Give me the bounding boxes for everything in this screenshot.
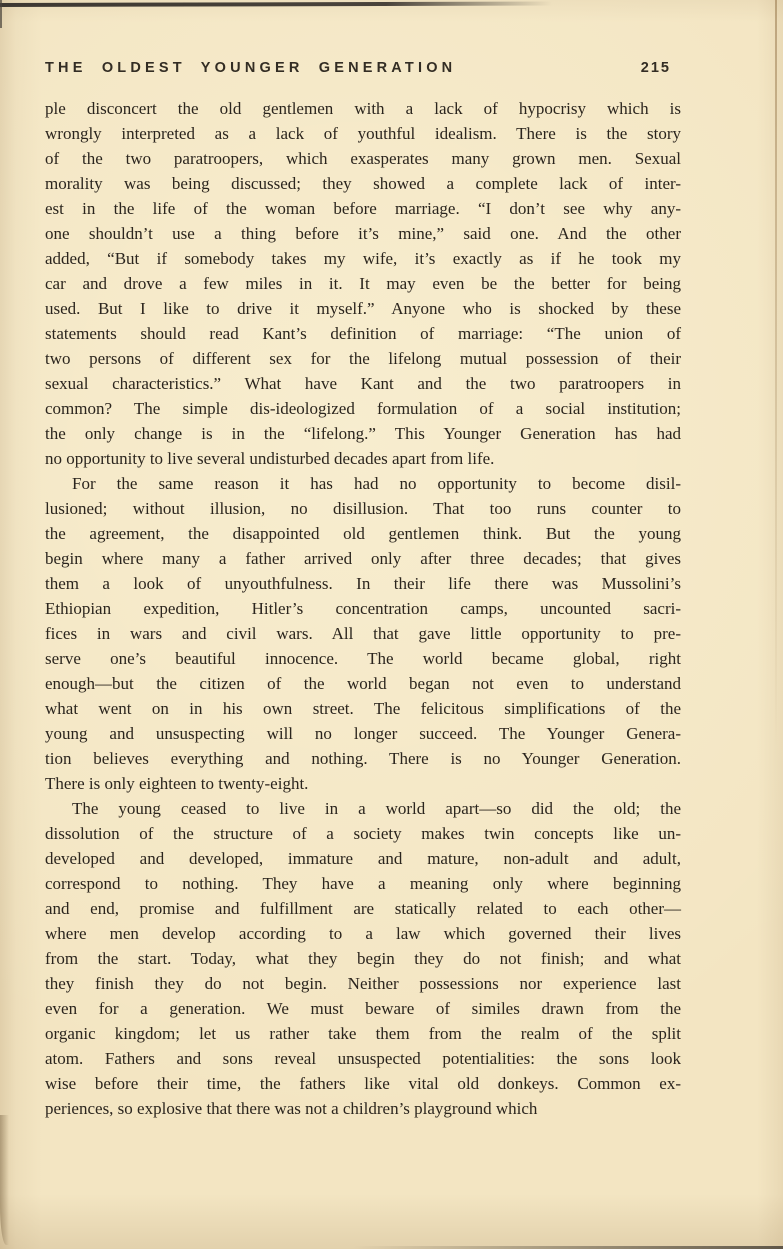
text-line: two persons of different sex for the lif…	[45, 346, 681, 371]
scan-left-edge-mark	[0, 0, 2, 28]
text-line: them a look of unyouthfulness. In their …	[45, 571, 681, 596]
page-curl-shadow	[0, 1115, 9, 1245]
text-line: There is only eighteen to twenty-eight.	[45, 771, 681, 796]
text-line: and end, promise and fulfillment are sta…	[45, 896, 681, 921]
text-line: For the same reason it has had no opport…	[45, 471, 681, 496]
text-line: the agreement, the disappointed old gent…	[45, 521, 681, 546]
text-line: Ethiopian expedition, Hitler’s concentra…	[45, 596, 681, 621]
text-line: enough—but the citizen of the world bega…	[45, 671, 681, 696]
text-line: dissolution of the structure of a societ…	[45, 821, 681, 846]
paragraph: For the same reason it has had no opport…	[45, 471, 681, 796]
text-line: developed and developed, immature and ma…	[45, 846, 681, 871]
page-number: 215	[641, 60, 671, 76]
scan-top-edge-mark	[0, 2, 552, 7]
text-line: begin where many a father arrived only a…	[45, 546, 681, 571]
text-line: organic kingdom; let us rather take them…	[45, 1021, 681, 1046]
text-line: statements should read Kant’s definition…	[45, 321, 681, 346]
paragraph: The young ceased to live in a world apar…	[45, 796, 681, 1121]
text-line: morality was being discussed; they showe…	[45, 171, 681, 196]
text-line: of the two paratroopers, which exasperat…	[45, 146, 681, 171]
text-line: even for a generation. We must beware of…	[45, 996, 681, 1021]
paragraph: ple disconcert the old gentlemen with a …	[45, 96, 681, 471]
chapter-title: THE OLDEST YOUNGER GENERATION	[45, 60, 456, 76]
text-line: one shouldn’t use a thing before it’s mi…	[45, 221, 681, 246]
text-line: no opportunity to live several undisturb…	[45, 446, 681, 471]
text-line: The young ceased to live in a world apar…	[45, 796, 681, 821]
text-line: the only change is in the “lifelong.” Th…	[45, 421, 681, 446]
text-line: what went on in his own street. The feli…	[45, 696, 681, 721]
text-line: fices in wars and civil wars. All that g…	[45, 621, 681, 646]
text-line: atom. Fathers and sons reveal unsuspecte…	[45, 1046, 681, 1071]
text-line: they finish they do not begin. Neither p…	[45, 971, 681, 996]
book-page-scan: THE OLDEST YOUNGER GENERATION 215 ple di…	[0, 0, 783, 1249]
text-line: serve one’s beautiful innocence. The wor…	[45, 646, 681, 671]
text-line: periences, so explosive that there was n…	[45, 1096, 681, 1121]
text-line: car and drove a few miles in it. It may …	[45, 271, 681, 296]
text-line: wise before their time, the fathers like…	[45, 1071, 681, 1096]
text-line: est in the life of the woman before marr…	[45, 196, 681, 221]
text-line: sexual characteristics.” What have Kant …	[45, 371, 681, 396]
text-line: tion believes everything and nothing. Th…	[45, 746, 681, 771]
page-edge-line	[775, 0, 777, 780]
text-line: lusioned; without illusion, no disillusi…	[45, 496, 681, 521]
text-line: used. But I like to drive it myself.” An…	[45, 296, 681, 321]
running-header: THE OLDEST YOUNGER GENERATION 215	[45, 60, 671, 76]
text-line: where men develop according to a law whi…	[45, 921, 681, 946]
text-line: common? The simple dis-ideologized formu…	[45, 396, 681, 421]
text-line: added, “But if somebody takes my wife, i…	[45, 246, 681, 271]
text-line: ple disconcert the old gentlemen with a …	[45, 96, 681, 121]
body-text: ple disconcert the old gentlemen with a …	[45, 96, 681, 1121]
text-line: wrongly interpreted as a lack of youthfu…	[45, 121, 681, 146]
text-line: young and unsuspecting will no longer su…	[45, 721, 681, 746]
text-line: from the start. Today, what they begin t…	[45, 946, 681, 971]
text-line: correspond to nothing. They have a meani…	[45, 871, 681, 896]
